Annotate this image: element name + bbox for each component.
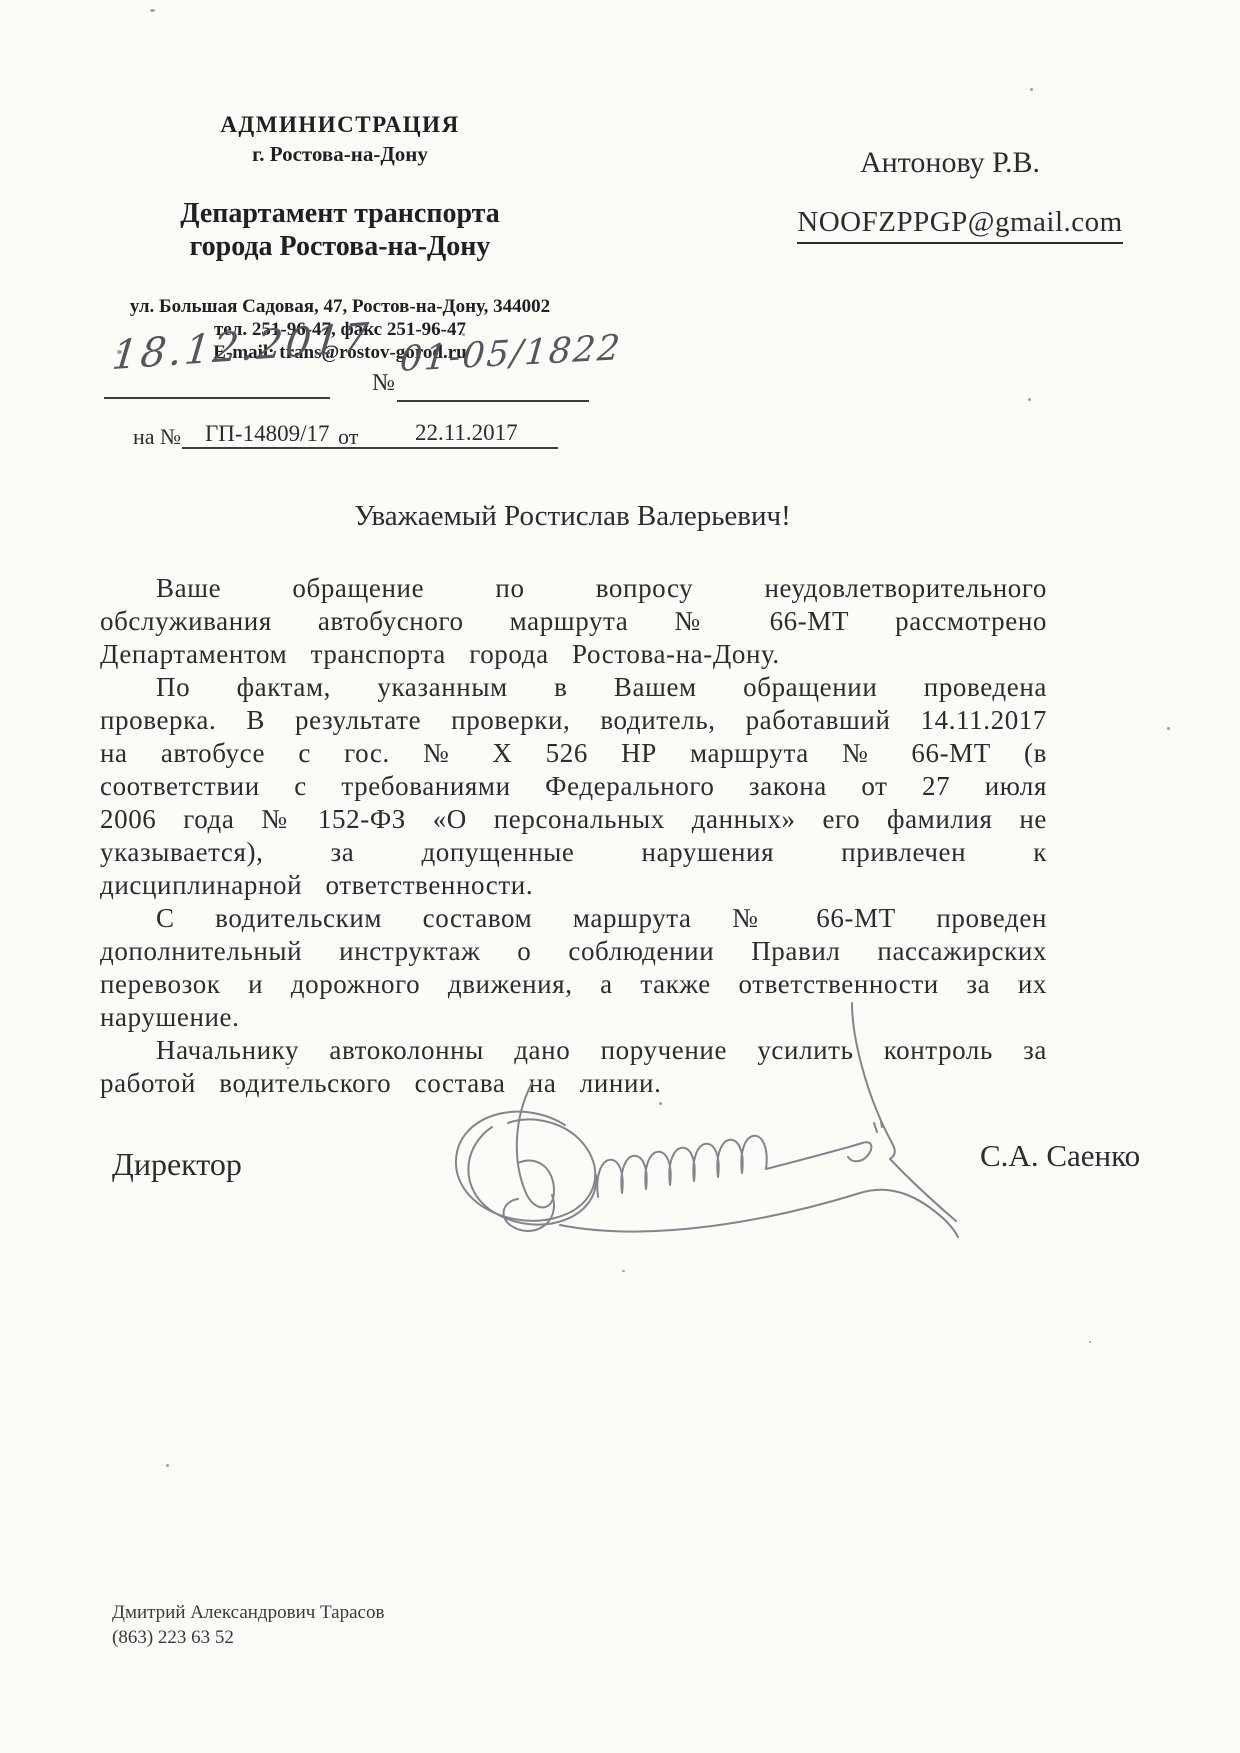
- reply-prefix: на №: [133, 424, 181, 450]
- recipient-name: Антонову Р.В.: [800, 146, 1100, 180]
- scan-speck: [117, 350, 122, 354]
- signer-name: С.А. Саенко: [980, 1138, 1140, 1174]
- org-name: АДМИНИСТРАЦИЯ: [110, 112, 570, 138]
- recipient-email: NOOFZPPGP@gmail.com: [770, 206, 1150, 244]
- scanned-letter-page: АДМИНИСТРАЦИЯ г. Ростова-на-Дону Департа…: [0, 0, 1240, 1753]
- recipient-email-text: NOOFZPPGP@gmail.com: [797, 206, 1122, 244]
- scan-speck: [166, 1464, 169, 1467]
- executor-phone: (863) 223 63 52: [112, 1625, 384, 1650]
- letterhead-address: ул. Большая Садовая, 47, Ростов-на-Дону,…: [110, 295, 570, 318]
- scan-speck: [462, 333, 465, 336]
- scan-speck: [659, 1102, 662, 1105]
- scan-speck: [1030, 88, 1033, 91]
- scan-speck: [1023, 593, 1025, 595]
- scan-speck: [1028, 398, 1031, 401]
- paragraph-1: Ваше обращение по вопросу неудовлетворит…: [100, 572, 1047, 671]
- signer-title: Директор: [112, 1146, 242, 1183]
- signature-handwriting-icon: [400, 975, 960, 1275]
- number-underline: [397, 400, 589, 402]
- department-name-line2: города Ростова-на-Дону: [110, 230, 570, 263]
- department-name-line1: Департамент транспорта: [110, 197, 570, 230]
- executor-contact: Дмитрий Александрович Тарасов (863) 223 …: [112, 1600, 384, 1650]
- scan-speck: [622, 1270, 625, 1272]
- org-city: г. Ростова-на-Дону: [110, 142, 570, 167]
- salutation: Уважаемый Ростислав Валерьевич!: [100, 500, 1045, 533]
- date-underline: [104, 397, 330, 399]
- reply-number: ГП-14809/17: [205, 421, 329, 447]
- scan-speck: [1167, 727, 1170, 730]
- reply-date: 22.11.2017: [415, 420, 518, 446]
- scan-speck: [287, 1067, 289, 1069]
- paragraph-2: По фактам, указанным в Вашем обращении п…: [100, 671, 1047, 902]
- number-sign: №: [372, 370, 395, 397]
- scan-speck: [1089, 1341, 1091, 1343]
- executor-name: Дмитрий Александрович Тарасов: [112, 1600, 384, 1625]
- reply-underline: [182, 447, 558, 449]
- scan-speck: [150, 9, 155, 12]
